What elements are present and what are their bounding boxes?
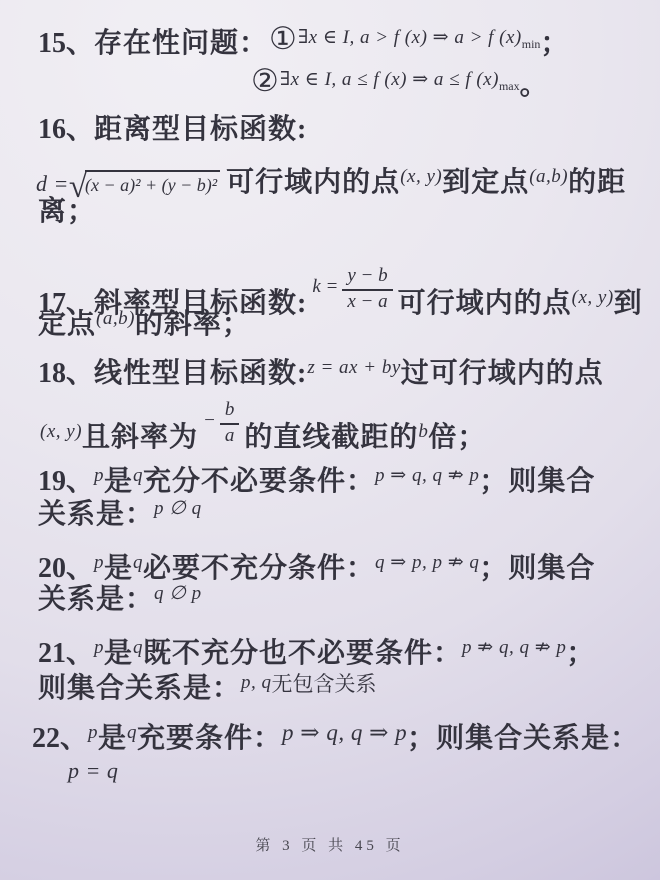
fraction-denominator: x − a <box>342 291 392 313</box>
circled-number: ① <box>269 21 297 56</box>
math-expression: z = ax + by <box>307 357 400 378</box>
chinese-text: 定点 <box>38 309 96 340</box>
math-expression: ∃x ∈ I, a ≤ f (x) ⇒ a ≤ f (x) <box>280 69 499 90</box>
item-16-line-2: d =√(x − a)² + (y − b)²可行域内的点(x, y)到定点(a… <box>36 157 626 207</box>
math-expression-large: p ⇒ q, q ⇒ p <box>282 720 407 745</box>
math-expression: (a,b) <box>96 308 135 329</box>
item-18-line-1: 18、线性型目标函数:z = ax + by过可行域内的点 <box>38 348 604 398</box>
math-expression: q <box>133 637 143 658</box>
page-footer: 第 3 页 共 45 页 <box>0 836 660 856</box>
chinese-text: 的斜率； <box>135 309 251 340</box>
item-16-line-1: 16、距离型目标函数: <box>38 110 307 154</box>
chinese-text: 到定点 <box>442 167 529 198</box>
item-number: 22、 <box>32 723 88 754</box>
document-page: 15、存在性问题：①∃x ∈ I, a > f (x) ⇒ a > f (x)m… <box>0 0 660 880</box>
item-number: 18、 <box>38 358 94 389</box>
chinese-text: 。 <box>520 70 549 101</box>
chinese-text: ；则集合关系是： <box>407 723 639 754</box>
math-expression: p <box>94 465 104 486</box>
fraction-numerator: b <box>220 400 240 425</box>
fraction-stack: y − bx − a <box>342 266 392 313</box>
item-number: 15、 <box>38 28 94 59</box>
chinese-text: 线性型目标函数: <box>94 358 307 389</box>
item-19-line-2: 关系是：p ∅ q <box>38 489 202 539</box>
math-expression: (x, y) <box>400 166 442 187</box>
math-expression: (x, y) <box>572 287 614 308</box>
chinese-text-small: 无包含关系 <box>272 672 377 696</box>
chinese-text: 则集合关系是： <box>38 673 241 704</box>
math-expression: b <box>418 421 428 442</box>
item-18-line-2: (x, y)且斜率为−ba的直线截距的b倍； <box>40 400 486 462</box>
math-expression: q <box>127 722 137 743</box>
chinese-text: ；则集合 <box>479 553 595 584</box>
math-expression: q ∅ p <box>154 583 202 604</box>
chinese-text: 的直线截距的 <box>244 422 418 453</box>
chinese-text: 充要条件： <box>137 723 282 754</box>
chinese-text: 可行域内的点 <box>398 288 572 319</box>
item-number: 16、 <box>38 114 94 145</box>
item-17-line-2: 定点(a,b)的斜率； <box>38 299 251 349</box>
chinese-text: 到 <box>614 288 643 319</box>
chinese-text: 距离型目标函数: <box>94 114 307 145</box>
math-expression: p <box>94 552 104 573</box>
chinese-text: 过可行域内的点 <box>401 358 604 389</box>
math-expression: (a,b) <box>529 166 568 187</box>
fraction-prefix: k = <box>312 267 338 307</box>
fraction-stack: ba <box>220 400 240 447</box>
item-21-line-2: 则集合关系是：p, q无包含关系 <box>38 663 377 713</box>
fraction-prefix: − <box>203 401 216 441</box>
math-expression: ∃x ∈ I, a > f (x) ⇒ a > f (x) <box>298 27 522 48</box>
chinese-text: 可行域内的点 <box>226 167 400 198</box>
item-16-line-3: 离； <box>38 192 96 236</box>
item-15-line-2: ②∃x ∈ I, a ≤ f (x) ⇒ a ≤ f (x)max。 <box>250 60 549 110</box>
chinese-text: 离； <box>38 196 96 227</box>
math-expression: p ⇏ q, q ⇏ p <box>462 637 566 658</box>
chinese-text: ； <box>540 28 569 59</box>
math-expression: q <box>133 552 143 573</box>
chinese-text: 是 <box>98 723 127 754</box>
chinese-text: 的距 <box>568 167 626 198</box>
math-expression: (x, y) <box>40 421 82 442</box>
math-subscript: min <box>522 37 541 51</box>
math-fraction: −ba <box>203 400 239 457</box>
math-expression: p, q <box>241 672 272 693</box>
math-expression: p ⇒ q, q ⇏ p <box>375 465 479 486</box>
math-expression: q <box>133 465 143 486</box>
math-expression: p <box>94 637 104 658</box>
math-expression: q ⇒ p, p ⇏ q <box>375 552 479 573</box>
math-fraction: k =y − bx − a <box>312 266 392 323</box>
item-22-line-1: 22、p是q充要条件：p ⇒ q, q ⇒ p；则集合关系是： <box>32 713 639 763</box>
item-22-line-2: p = q <box>68 751 118 794</box>
math-expression: p <box>88 722 98 743</box>
math-subscript: max <box>499 79 520 93</box>
chinese-text: 存在性问题： <box>94 28 268 59</box>
circled-number: ② <box>251 63 279 98</box>
item-20-line-2: 关系是：q ∅ p <box>38 574 202 624</box>
chinese-text: 且斜率为 <box>82 422 198 453</box>
chinese-text: ；则集合 <box>479 466 595 497</box>
math-expression: p = q <box>68 758 118 783</box>
fraction-numerator: y − b <box>342 266 392 291</box>
chinese-text: 倍； <box>428 422 486 453</box>
radical-content: (x − a)² + (y − b)² <box>85 170 220 199</box>
chinese-text: ； <box>566 638 595 669</box>
chinese-text: 关系是： <box>38 499 154 530</box>
fraction-denominator: a <box>220 425 240 447</box>
math-expression: p ∅ q <box>154 498 202 519</box>
chinese-text: 关系是： <box>38 584 154 615</box>
